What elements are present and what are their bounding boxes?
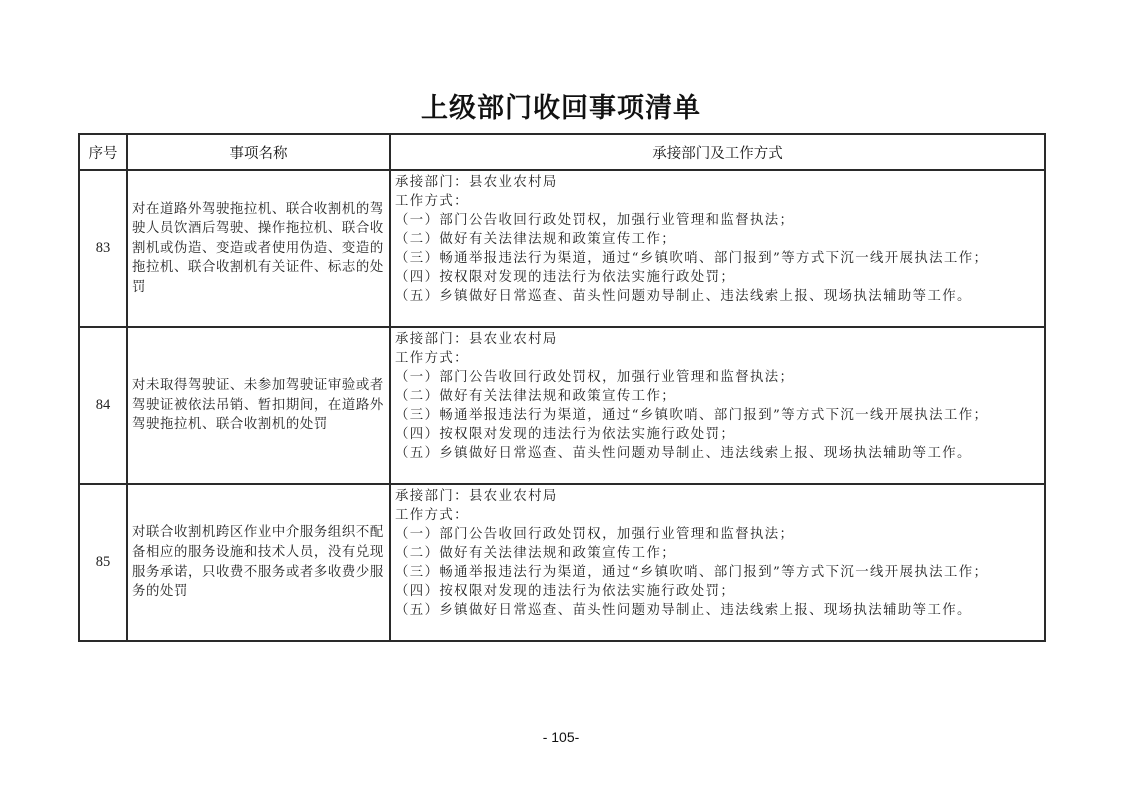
method-label: 工作方式： [395,192,1040,211]
row-dept-method: 承接部门：县农业农村局 工作方式： （一）部门公告收回行政处罚权，加强行业管理和… [390,170,1045,327]
method-item: （一）部门公告收回行政处罚权，加强行业管理和监督执法； [395,525,1040,544]
method-item: （五）乡镇做好日常巡查、苗头性问题劝导制止、违法线索上报、现场执法辅助等工作。 [395,287,1040,306]
method-item: （五）乡镇做好日常巡查、苗头性问题劝导制止、违法线索上报、现场执法辅助等工作。 [395,601,1040,620]
row-index: 84 [79,327,127,484]
page-number: - 105- [0,729,1122,745]
row-dept-method: 承接部门：县农业农村局 工作方式： （一）部门公告收回行政处罚权，加强行业管理和… [390,327,1045,484]
column-header-dept-method: 承接部门及工作方式 [390,134,1045,170]
method-item: （四）按权限对发现的违法行为依法实施行政处罚； [395,425,1040,444]
method-item: （四）按权限对发现的违法行为依法实施行政处罚； [395,268,1040,287]
row-index: 83 [79,170,127,327]
responsible-dept: 承接部门：县农业农村局 [395,173,1040,192]
method-label: 工作方式： [395,506,1040,525]
method-label: 工作方式： [395,349,1040,368]
method-item: （三）畅通举报违法行为渠道，通过“乡镇吹哨、部门报到”等方式下沉一线开展执法工作… [395,406,1040,425]
method-item: （一）部门公告收回行政处罚权，加强行业管理和监督执法； [395,368,1040,387]
method-item: （三）畅通举报违法行为渠道，通过“乡镇吹哨、部门报到”等方式下沉一线开展执法工作… [395,563,1040,582]
table-row: 85 对联合收割机跨区作业中介服务组织不配备相应的服务设施和技术人员，没有兑现服… [79,484,1045,641]
page-title: 上级部门收回事项清单 [0,92,1122,126]
row-item-name: 对未取得驾驶证、未参加驾驶证审验或者驾驶证被依法吊销、暂扣期间，在道路外驾驶拖拉… [127,327,390,484]
method-item: （三）畅通举报违法行为渠道，通过“乡镇吹哨、部门报到”等方式下沉一线开展执法工作… [395,249,1040,268]
responsible-dept: 承接部门：县农业农村局 [395,487,1040,506]
table-row: 83 对在道路外驾驶拖拉机、联合收割机的驾驶人员饮酒后驾驶、操作拖拉机、联合收割… [79,170,1045,327]
method-item: （二）做好有关法律法规和政策宣传工作； [395,544,1040,563]
column-header-item-name: 事项名称 [127,134,390,170]
column-header-index: 序号 [79,134,127,170]
row-item-name: 对在道路外驾驶拖拉机、联合收割机的驾驶人员饮酒后驾驶、操作拖拉机、联合收割机或伪… [127,170,390,327]
responsible-dept: 承接部门：县农业农村局 [395,330,1040,349]
recalled-items-table: 序号 事项名称 承接部门及工作方式 83 对在道路外驾驶拖拉机、联合收割机的驾驶… [78,133,1046,642]
method-item: （五）乡镇做好日常巡查、苗头性问题劝导制止、违法线索上报、现场执法辅助等工作。 [395,444,1040,463]
method-item: （二）做好有关法律法规和政策宣传工作； [395,230,1040,249]
table-header-row: 序号 事项名称 承接部门及工作方式 [79,134,1045,170]
row-dept-method: 承接部门：县农业农村局 工作方式： （一）部门公告收回行政处罚权，加强行业管理和… [390,484,1045,641]
row-item-name: 对联合收割机跨区作业中介服务组织不配备相应的服务设施和技术人员，没有兑现服务承诺… [127,484,390,641]
method-item: （一）部门公告收回行政处罚权，加强行业管理和监督执法； [395,211,1040,230]
row-index: 85 [79,484,127,641]
method-item: （二）做好有关法律法规和政策宣传工作； [395,387,1040,406]
table-row: 84 对未取得驾驶证、未参加驾驶证审验或者驾驶证被依法吊销、暂扣期间，在道路外驾… [79,327,1045,484]
method-item: （四）按权限对发现的违法行为依法实施行政处罚； [395,582,1040,601]
